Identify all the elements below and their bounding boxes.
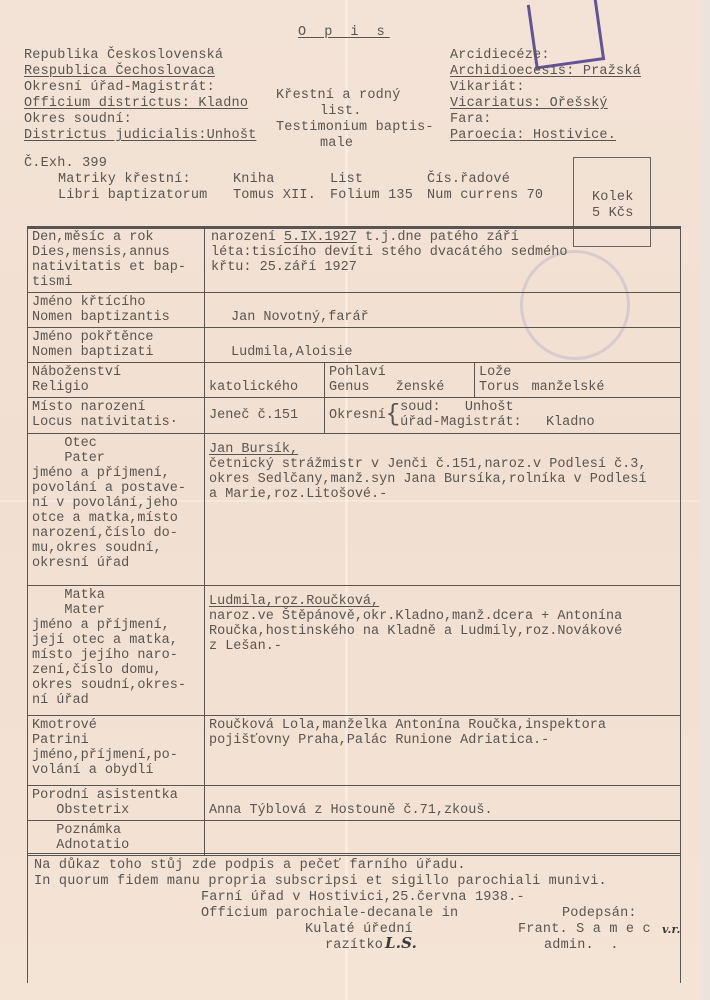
value-court: soud: Unhošt: [400, 400, 594, 415]
locus-sigilli-mark: L.S.: [385, 936, 417, 951]
parish-la: Paroecia: Hostivice.: [450, 128, 616, 143]
vlastni-rukou-mark: v.r.: [662, 922, 681, 937]
bed-cell: Lože Torusmanželské: [475, 363, 681, 398]
book-value: Tomus XII.: [233, 188, 316, 203]
document-title: O p i s: [298, 25, 390, 40]
registry-label-cz: Matriky křestní:: [58, 172, 191, 187]
birth-year-words: léta:tisícího devíti stého dvacátého sed…: [209, 245, 676, 260]
stamp-label: razítko: [325, 938, 383, 953]
label-mother: Matka Mater jméno a příjmení, její otec …: [28, 586, 205, 716]
father-details: četnický strážmistr v Jenči č.151,naroz.…: [209, 457, 676, 502]
label-note: Poznámka Adnotatio: [28, 821, 205, 856]
value-religion: katolického: [205, 363, 325, 398]
label-godparents: Kmotrové Patrini jméno,příjmení,po- volá…: [28, 716, 205, 786]
value-godparents: Roučková Lola,manželka Antonína Roučka,i…: [205, 716, 681, 786]
table-row-mother: Matka Mater jméno a příjmení, její otec …: [28, 586, 681, 716]
label-birthplace: Místo narození Locus nativitatis·: [28, 398, 205, 434]
signer-role: admin. .: [544, 938, 619, 953]
certification-la: In quorum fidem manu propria subscripsi …: [34, 874, 607, 889]
fee-stamp-label: Kolek: [592, 190, 634, 205]
father-name: Jan Bursík,: [209, 442, 298, 457]
label-midwife: Porodní asistentka Obstetrix: [28, 786, 205, 821]
birth-date-words: t.j.dne patého září: [357, 230, 519, 245]
book-label: Kniha: [233, 172, 275, 187]
archdiocese-cz: Arcidiecéze:: [450, 48, 550, 63]
table-row-midwife: Porodní asistentka Obstetrix Anna Týblov…: [28, 786, 681, 821]
table-row-baptized: Jméno pokřtěnce Nomen baptizati Ludmila,…: [28, 328, 681, 363]
page-edge: [700, 0, 710, 1000]
label-date: Den,měsíc a rok Dies,mensis,annus nativi…: [28, 228, 205, 293]
court-district-cz: Okres soudní:: [24, 112, 132, 127]
value-midwife: Anna Týblová z Hostouně č.71,zkouš.: [205, 786, 681, 821]
vicariate-cz: Vikariát:: [450, 80, 525, 95]
country-la: Respublica Čechoslovaca: [24, 64, 215, 79]
sex-cell: Pohlaví Genusženské: [325, 363, 475, 398]
doc-type-la-2: male: [320, 136, 353, 151]
table-row-godparents: Kmotrové Patrini jméno,příjmení,po- volá…: [28, 716, 681, 786]
table-row-date: Den,měsíc a rok Dies,mensis,annus nativi…: [28, 228, 681, 293]
value-office: úřad-Magistrát: Kladno: [400, 415, 594, 430]
fee-stamp-amount: 5 Kčs: [592, 206, 634, 221]
value-father: Jan Bursík, četnický strážmistr v Jenči …: [205, 434, 681, 586]
office-la: Officium parochiale-decanale in: [201, 906, 458, 921]
exhibit-number: Č.Exh. 399: [24, 156, 107, 171]
mother-details: naroz.ve Štěpánově,okr.Kladno,manž.dcera…: [209, 609, 676, 654]
district-office-cz: Okresní úřad-Magistrát:: [24, 80, 215, 95]
doc-type-cz: Křestní a rodný: [276, 88, 401, 103]
doc-type-cz-2: list.: [320, 104, 362, 119]
district-office-la: Officium districtus: Kladno: [24, 96, 248, 111]
value-note: [205, 821, 681, 856]
table-row-birthplace: Místo narození Locus nativitatis· Jeneč …: [28, 398, 681, 434]
number-label: Čís.řadové: [427, 172, 510, 187]
place-date: Farní úřad v Hostivici,25.června 1938.-: [201, 890, 525, 905]
country-cz: Republika Československá: [24, 48, 223, 63]
label-baptized: Jméno pokřtěnce Nomen baptizati: [28, 328, 205, 363]
value-mother: Ludmila,roz.Roučková, naroz.ve Štěpánově…: [205, 586, 681, 716]
table-row-father: Otec Pater jméno a příjmení, povolání a …: [28, 434, 681, 586]
value-marital-bed: manželské: [532, 380, 605, 395]
signer-name: Frant. S a m e c: [518, 922, 651, 937]
value-baptized: Ludmila,Aloisie: [205, 328, 681, 363]
label-district: Okresní: [329, 408, 386, 423]
label-religion: Náboženství Religio: [28, 363, 205, 398]
baptism-record-table: Den,měsíc a rok Dies,mensis,annus nativi…: [27, 227, 681, 856]
birth-label: narození: [211, 230, 284, 245]
table-row-note: Poznámka Adnotatio: [28, 821, 681, 856]
certification-cz: Na důkaz toho stůj zde podpis a pečeť fa…: [34, 858, 466, 873]
label-marital-bed: Lože Torus: [479, 365, 520, 395]
court-district-la: Districtus judicialis:Unhošt: [24, 128, 256, 143]
parish-cz: Fara:: [450, 112, 492, 127]
page-label: List: [330, 172, 363, 187]
value-sex: ženské: [396, 380, 445, 395]
table-row-baptizer: Jméno křtícího Nomen baptizantis Jan Nov…: [28, 293, 681, 328]
archdiocese-la: Archidioecesis: Pražská: [450, 64, 641, 79]
table-row-religion: Náboženství Religio katolického Pohlaví …: [28, 363, 681, 398]
value-birthplace: Jeneč č.151: [205, 398, 325, 434]
mother-name: Ludmila,roz.Roučková,: [209, 594, 379, 609]
value-baptizer: Jan Novotný,farář: [205, 293, 681, 328]
page-value: Folium 135: [330, 188, 413, 203]
label-sex: Pohlaví Genus: [329, 365, 386, 395]
value-date: narození 5.IX.1927 t.j.dne patého září l…: [205, 228, 681, 293]
vicariate-la: Vicariatus: Ořešský: [450, 96, 608, 111]
number-value: Num currens 70: [427, 188, 543, 203]
birth-date: 5.IX.1927: [284, 230, 357, 245]
label-baptizer: Jméno křtícího Nomen baptizantis: [28, 293, 205, 328]
doc-type-la: Testimonium baptis-: [276, 120, 434, 135]
baptism-date: křtu: 25.září 1927: [209, 260, 676, 275]
registry-label-la: Libri baptizatorum: [58, 188, 207, 203]
signed-label: Podepsán:: [562, 906, 637, 921]
district-cell: Okresní{soud: Unhoštúřad-Magistrát: Klad…: [325, 398, 681, 434]
brace: {: [386, 402, 400, 429]
label-father: Otec Pater jméno a příjmení, povolání a …: [28, 434, 205, 586]
